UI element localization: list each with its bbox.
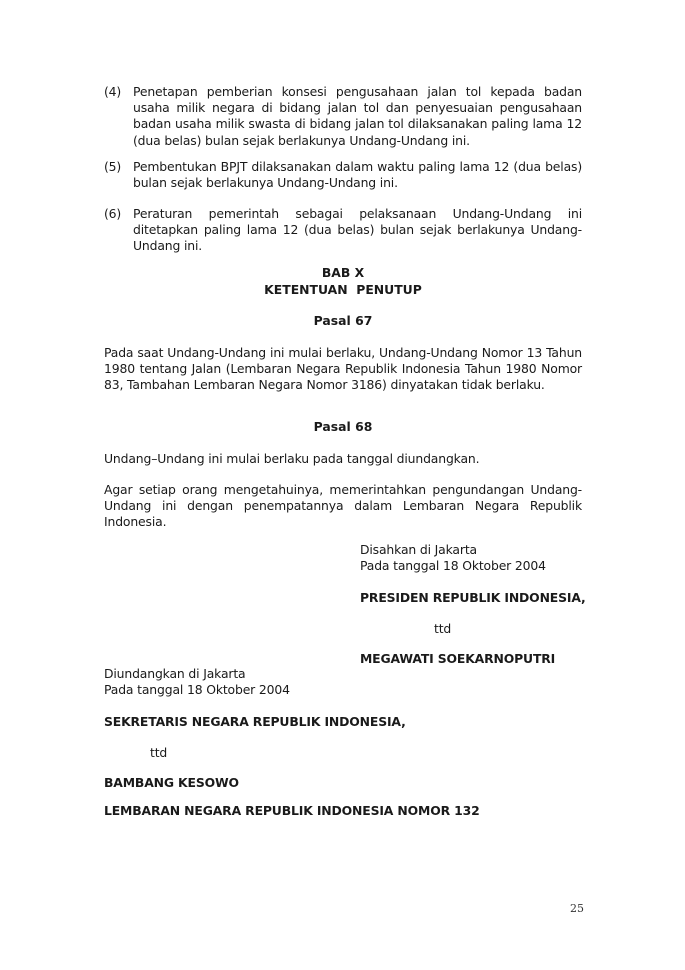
article-paragraph: Agar setiap orang mengetahuinya, memerin… bbox=[104, 482, 582, 531]
item-text: Penetapan pemberian konsesi pengusahaan … bbox=[133, 84, 582, 149]
ratification-name: MEGAWATI SOEKARNOPUTRI bbox=[360, 651, 555, 667]
chapter-title: BAB X bbox=[104, 265, 582, 281]
ratification-signature: ttd bbox=[434, 621, 451, 637]
promulgation-date: Pada tanggal 18 Oktober 2004 bbox=[104, 682, 290, 698]
article-paragraph: Undang–Undang ini mulai berlaku pada tan… bbox=[104, 451, 582, 467]
list-item: (4) Penetapan pemberian konsesi pengusah… bbox=[104, 84, 582, 149]
gazette-number: LEMBARAN NEGARA REPUBLIK INDONESIA NOMOR… bbox=[104, 803, 480, 819]
promulgation-signature: ttd bbox=[150, 745, 167, 761]
item-number: (6) bbox=[104, 206, 121, 222]
item-text: Pembentukan BPJT dilaksanakan dalam wakt… bbox=[133, 159, 582, 191]
chapter-subtitle: KETENTUAN PENUTUP bbox=[104, 282, 582, 298]
page-number: 25 bbox=[570, 902, 584, 915]
ratification-place: Disahkan di Jakarta bbox=[360, 542, 477, 558]
promulgation-office: SEKRETARIS NEGARA REPUBLIK INDONESIA, bbox=[104, 714, 406, 730]
article-title: Pasal 67 bbox=[104, 313, 582, 329]
ratification-office: PRESIDEN REPUBLIK INDONESIA, bbox=[360, 590, 586, 606]
article-paragraph: Pada saat Undang-Undang ini mulai berlak… bbox=[104, 345, 582, 394]
document-page: (4) Penetapan pemberian konsesi pengusah… bbox=[0, 0, 685, 970]
item-text: Peraturan pemerintah sebagai pelaksanaan… bbox=[133, 206, 582, 255]
list-item: (6) Peraturan pemerintah sebagai pelaksa… bbox=[104, 206, 582, 255]
list-item: (5) Pembentukan BPJT dilaksanakan dalam … bbox=[104, 159, 582, 191]
promulgation-name: BAMBANG KESOWO bbox=[104, 775, 239, 791]
item-number: (4) bbox=[104, 84, 121, 100]
ratification-date: Pada tanggal 18 Oktober 2004 bbox=[360, 558, 546, 574]
article-title: Pasal 68 bbox=[104, 419, 582, 435]
item-number: (5) bbox=[104, 159, 121, 175]
promulgation-place: Diundangkan di Jakarta bbox=[104, 666, 246, 682]
